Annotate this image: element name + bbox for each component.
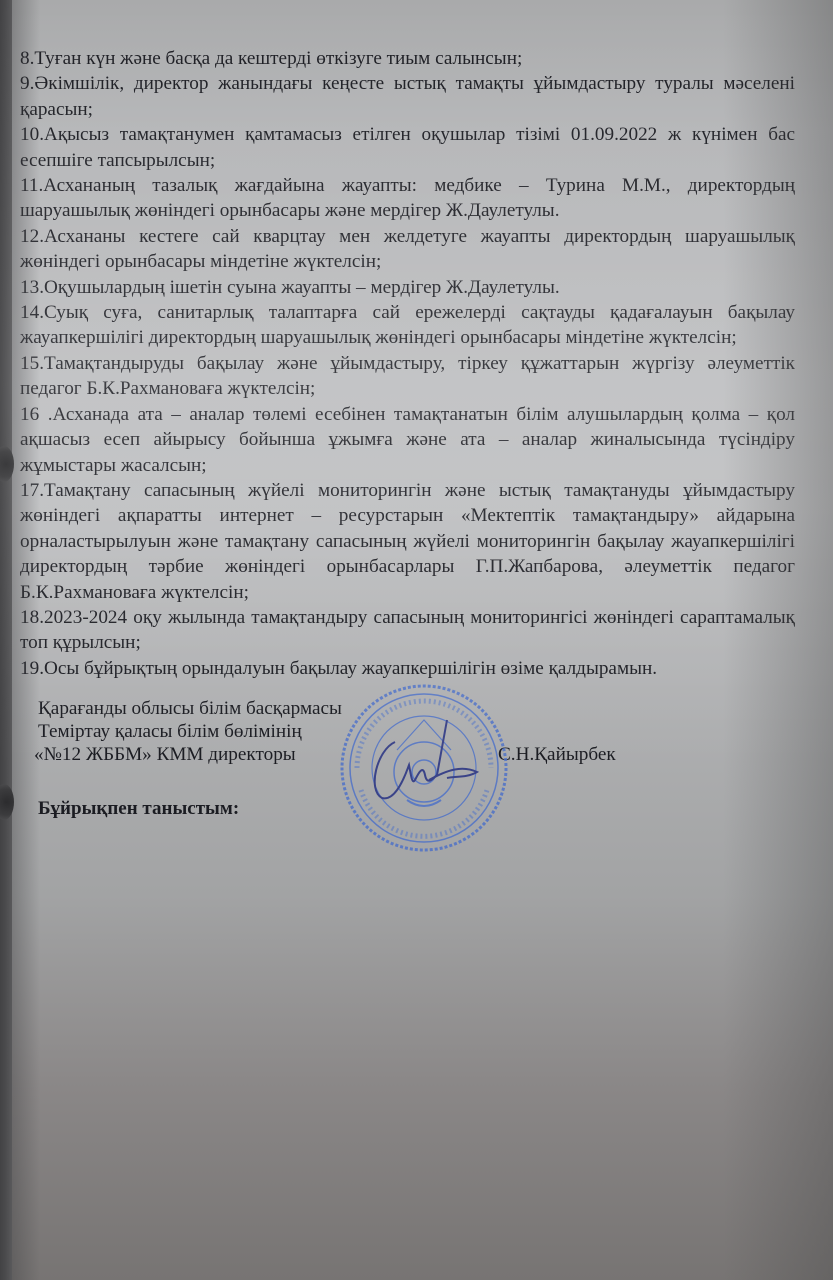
order-items-list: 8.Туған күн және басқа да кештерді өткіз… — [20, 46, 795, 681]
signatory-name: С.Н.Қайырбек — [498, 743, 616, 766]
order-item-19: 19.Осы бұйрықтың орындалуын бақылау жауа… — [20, 656, 795, 681]
order-item-15: 15.Тамақтандыруды бақылау және ұйымдасты… — [20, 351, 795, 402]
order-item-8: 8.Туған күн және басқа да кештерді өткіз… — [20, 46, 795, 71]
order-item-14: 14.Суық суға, санитарлық талаптарға сай … — [20, 300, 795, 351]
order-item-16: 16 .Асханада ата – аналар төлемі есебіне… — [20, 402, 795, 478]
order-item-10: 10.Ақысыз тамақтанумен қамтамасыз етілге… — [20, 122, 795, 173]
order-item-18: 18.2023-2024 оқу жылында тамақтандыру са… — [20, 605, 795, 656]
acknowledgement-label: Бұйрықпен таныстым: — [38, 798, 239, 820]
official-stamp-icon — [337, 680, 512, 855]
order-item-12: 12.Асхананы кестеге сай кварцтау мен жел… — [20, 224, 795, 275]
order-item-13: 13.Оқушылардың ішетін суына жауапты – ме… — [20, 275, 795, 300]
page-left-edge — [0, 0, 12, 1280]
order-item-17: 17.Тамақтану сапасының жүйелі мониторинг… — [20, 478, 795, 605]
order-item-11: 11.Асхананың тазалық жағдайына жауапты: … — [20, 173, 795, 224]
order-item-9: 9.Әкімшілік, директор жанындағы кеңесте … — [20, 71, 795, 122]
